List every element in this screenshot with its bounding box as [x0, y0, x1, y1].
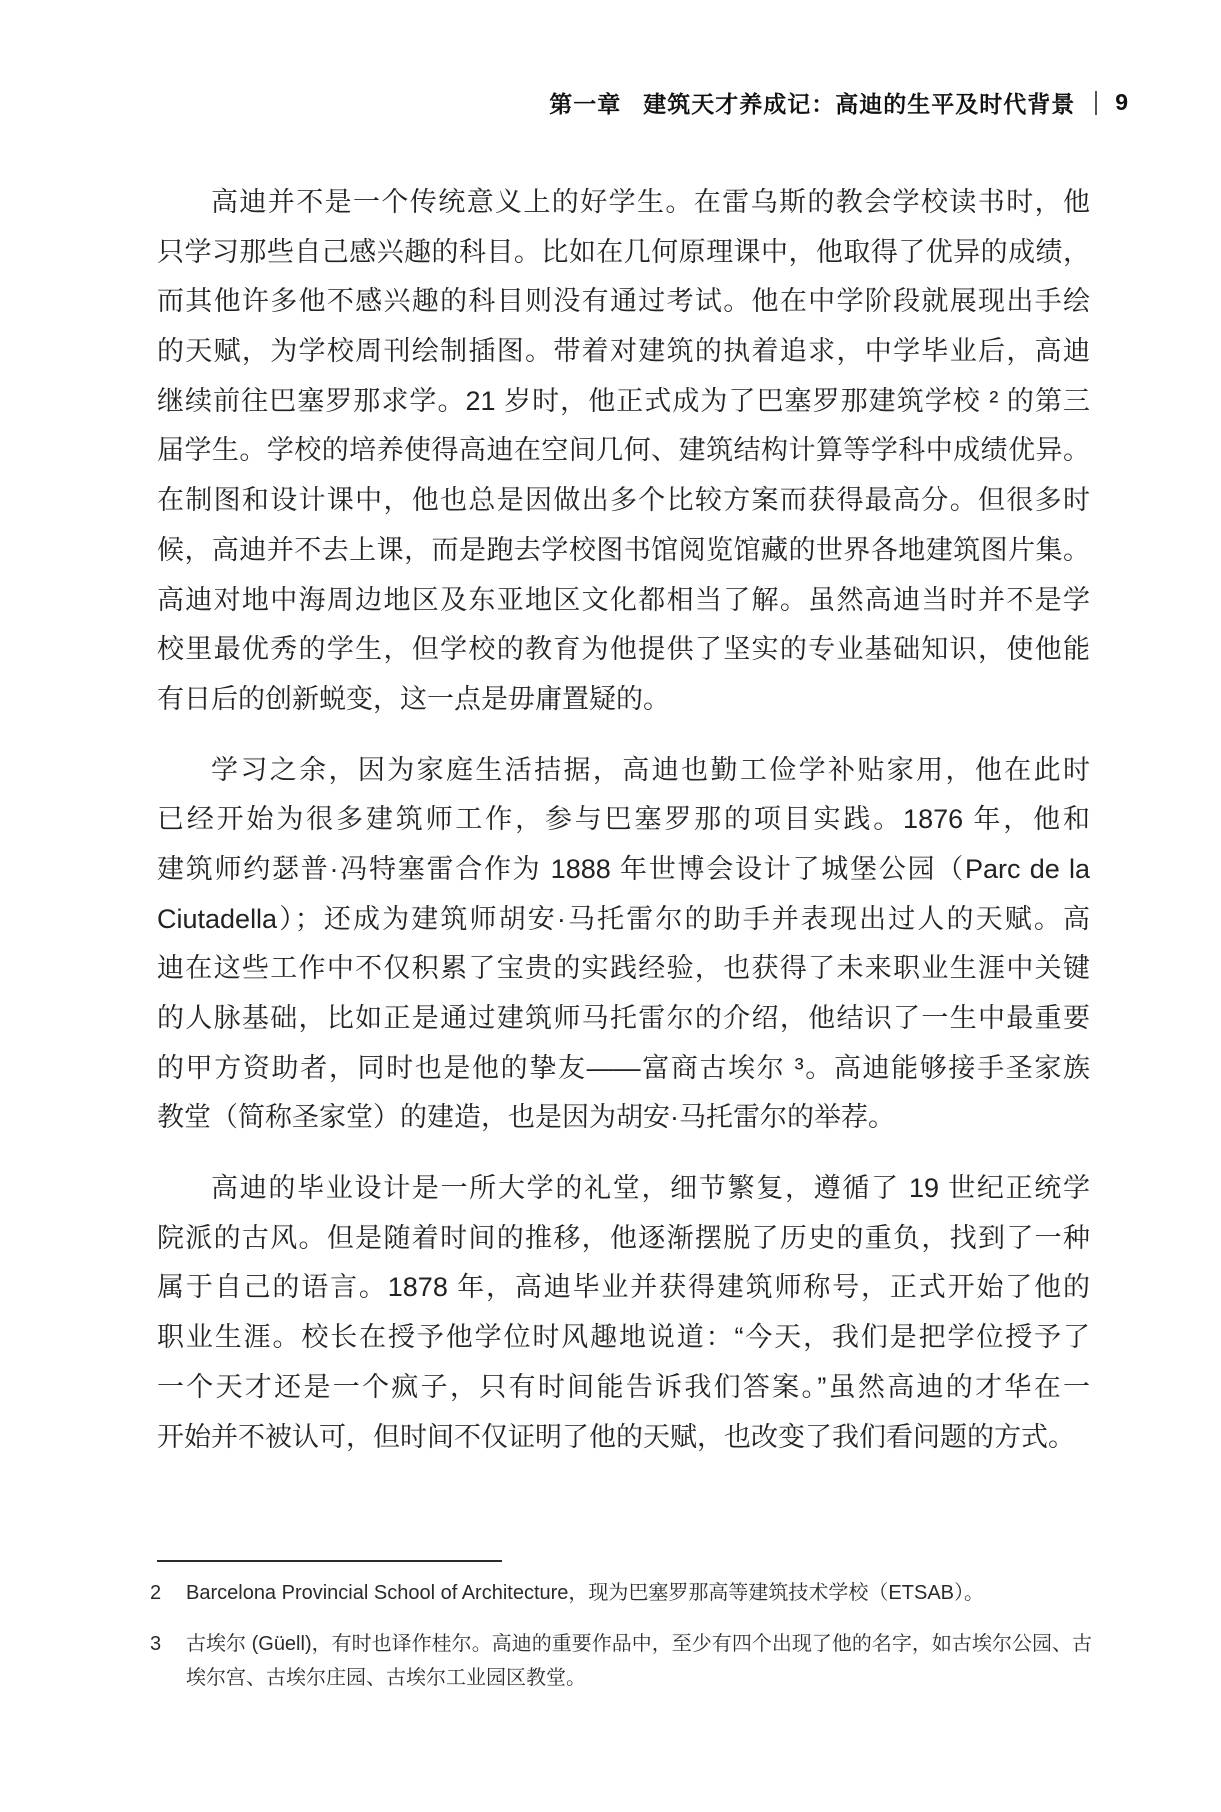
running-header: 第一章 建筑天才养成记：高迪的生平及时代背景 9	[549, 86, 1129, 119]
text-line: 一个天才还是一个疯子，只有时间能告诉我们答案。”虽然高迪的才华在一	[157, 1363, 1090, 1413]
chapter-title: 建筑天才养成记：高迪的生平及时代背景	[643, 86, 1075, 119]
paragraph: 高迪的毕业设计是一所大学的礼堂，细节繁复，遵循了 19 世纪正统学院派的古风。但…	[157, 1164, 1090, 1462]
text-line: 只学习那些自己感兴趣的科目。比如在几何原理课中，他取得了优异的成绩，	[157, 228, 1090, 278]
body-text: 高迪并不是一个传统意义上的好学生。在雷乌斯的教会学校读书时，他只学习那些自己感兴…	[157, 178, 1090, 1462]
text-line: 院派的古风。但是随着时间的推移，他逐渐摆脱了历史的重负，找到了一种	[157, 1214, 1090, 1264]
paragraph: 高迪并不是一个传统意义上的好学生。在雷乌斯的教会学校读书时，他只学习那些自己感兴…	[157, 178, 1090, 725]
footnote-line: 古埃尔 (Güell)，有时也译作桂尔。高迪的重要作品中，至少有四个出现了他的名…	[186, 1627, 1092, 1661]
footnote-marker: 2	[150, 1576, 186, 1610]
text-line: 职业生涯。校长在授予他学位时风趣地说道：“今天，我们是把学位授予了	[157, 1313, 1090, 1363]
text-line: 迪在这些工作中不仅积累了宝贵的实践经验，也获得了未来职业生涯中关键	[157, 944, 1090, 994]
chapter-label: 第一章	[549, 86, 621, 119]
footnotes: 2Barcelona Provincial School of Architec…	[150, 1560, 1092, 1695]
footnote-line: 埃尔宫、古埃尔庄园、古埃尔工业园区教堂。	[186, 1661, 1092, 1695]
text-line: 属于自己的语言。1878 年，高迪毕业并获得建筑师称号，正式开始了他的	[157, 1263, 1090, 1313]
text-line: 的天赋，为学校周刊绘制插图。带着对建筑的执着追求，中学毕业后，高迪	[157, 327, 1090, 377]
text-line: Ciutadella）；还成为建筑师胡安·马托雷尔的助手并表现出过人的天赋。高	[157, 895, 1090, 945]
text-line: 学习之余，因为家庭生活拮据，高迪也勤工俭学补贴家用，他在此时	[157, 746, 1090, 796]
paragraph: 学习之余，因为家庭生活拮据，高迪也勤工俭学补贴家用，他在此时已经开始为很多建筑师…	[157, 746, 1090, 1144]
text-line: 教堂（简称圣家堂）的建造，也是因为胡安·马托雷尔的举荐。	[157, 1093, 1090, 1143]
text-line: 高迪对地中海周边地区及东亚地区文化都相当了解。虽然高迪当时并不是学	[157, 576, 1090, 626]
footnote-line: Barcelona Provincial School of Architect…	[186, 1576, 1092, 1610]
text-line: 高迪并不是一个传统意义上的好学生。在雷乌斯的教会学校读书时，他	[157, 178, 1090, 228]
text-line: 开始并不被认可，但时间不仅证明了他的天赋，也改变了我们看问题的方式。	[157, 1413, 1090, 1463]
text-line: 高迪的毕业设计是一所大学的礼堂，细节繁复，遵循了 19 世纪正统学	[157, 1164, 1090, 1214]
footnote-rule	[157, 1560, 502, 1562]
footnote-text: Barcelona Provincial School of Architect…	[186, 1576, 1092, 1610]
book-page: 第一章 建筑天才养成记：高迪的生平及时代背景 9 高迪并不是一个传统意义上的好学…	[0, 0, 1221, 1812]
text-line: 有日后的创新蜕变，这一点是毋庸置疑的。	[157, 675, 1090, 725]
footnote-marker: 3	[150, 1627, 186, 1661]
text-line: 已经开始为很多建筑师工作，参与巴塞罗那的项目实践。1876 年，他和	[157, 795, 1090, 845]
text-line: 的甲方资助者，同时也是他的挚友——富商古埃尔 ³。高迪能够接手圣家族	[157, 1044, 1090, 1094]
text-line: 在制图和设计课中，他也总是因做出多个比较方案而获得最高分。但很多时	[157, 476, 1090, 526]
header-divider	[1095, 91, 1097, 115]
page-number: 9	[1115, 89, 1129, 116]
text-line: 继续前往巴塞罗那求学。21 岁时，他正式成为了巴塞罗那建筑学校 ² 的第三	[157, 377, 1090, 427]
footnote: 3古埃尔 (Güell)，有时也译作桂尔。高迪的重要作品中，至少有四个出现了他的…	[150, 1627, 1092, 1695]
footnote-list: 2Barcelona Provincial School of Architec…	[150, 1576, 1092, 1695]
text-line: 而其他许多他不感兴趣的科目则没有通过考试。他在中学阶段就展现出手绘	[157, 277, 1090, 327]
text-line: 候，高迪并不去上课，而是跑去学校图书馆阅览馆藏的世界各地建筑图片集。	[157, 526, 1090, 576]
text-line: 的人脉基础，比如正是通过建筑师马托雷尔的介绍，他结识了一生中最重要	[157, 994, 1090, 1044]
text-line: 建筑师约瑟普·冯特塞雷合作为 1888 年世博会设计了城堡公园（Parc de …	[157, 845, 1090, 895]
footnote: 2Barcelona Provincial School of Architec…	[150, 1576, 1092, 1610]
text-line: 届学生。学校的培养使得高迪在空间几何、建筑结构计算等学科中成绩优异。	[157, 426, 1090, 476]
footnote-text: 古埃尔 (Güell)，有时也译作桂尔。高迪的重要作品中，至少有四个出现了他的名…	[186, 1627, 1092, 1695]
text-line: 校里最优秀的学生，但学校的教育为他提供了坚实的专业基础知识，使他能	[157, 625, 1090, 675]
